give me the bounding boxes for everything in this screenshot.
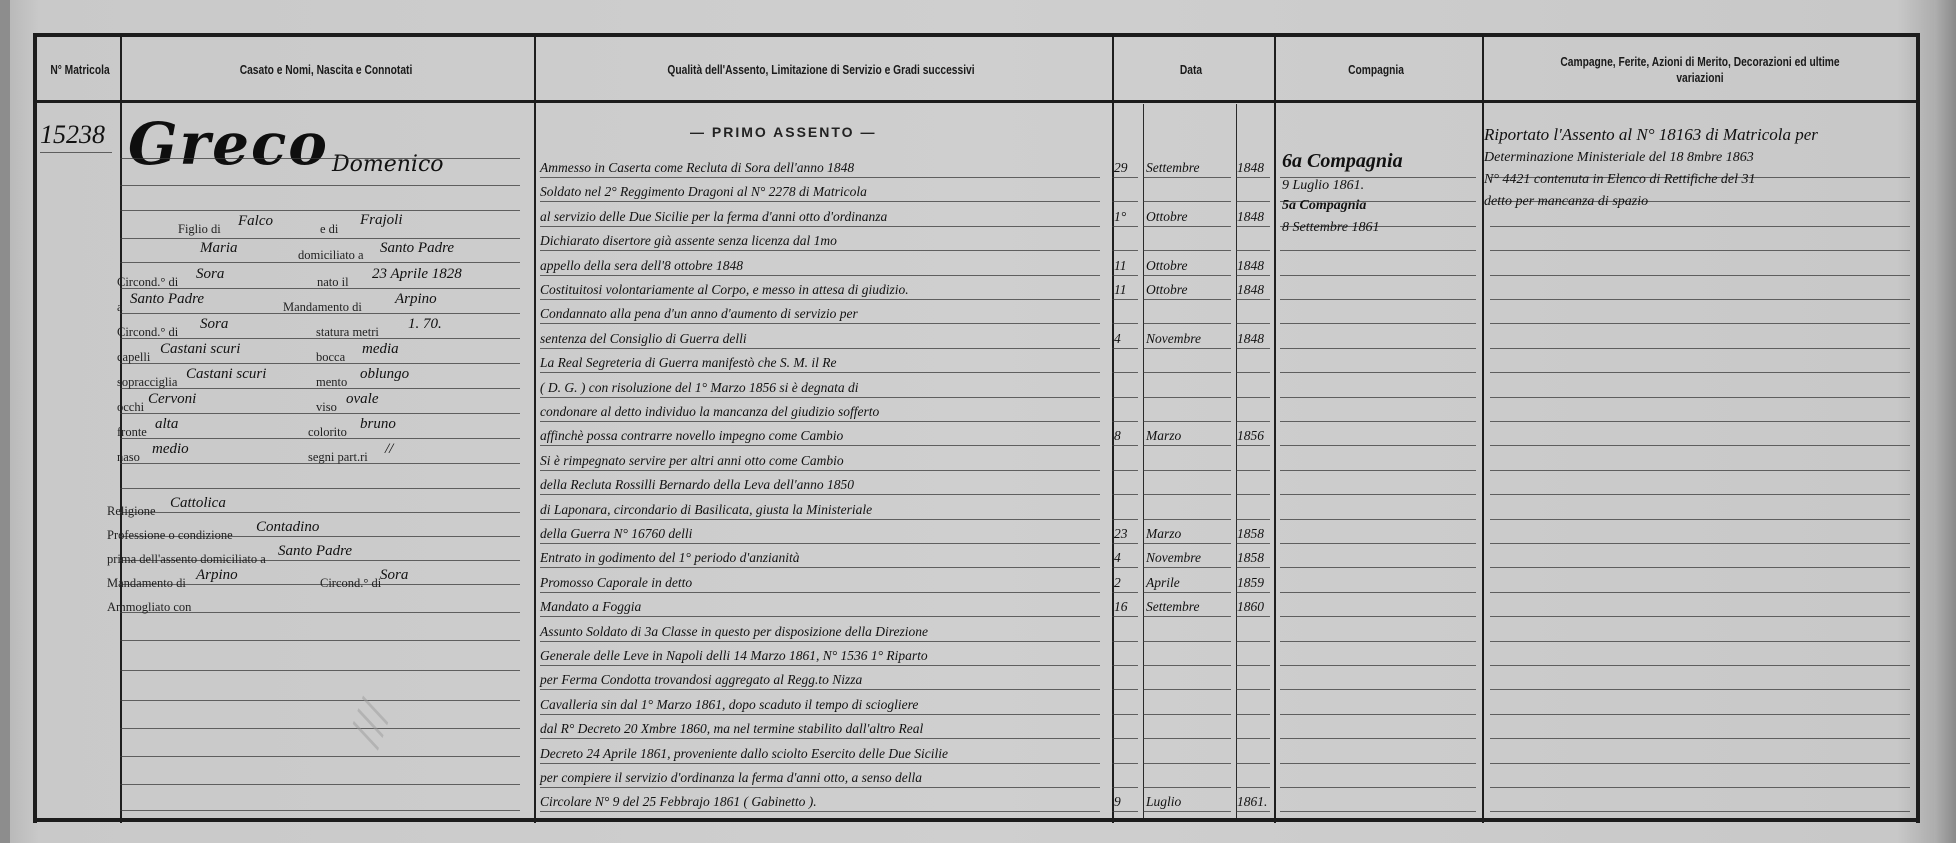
rule — [1490, 445, 1910, 446]
value-circond: Sora — [200, 316, 228, 333]
date-month: Aprile — [1146, 575, 1180, 591]
rule — [1143, 763, 1231, 764]
qualita-line: Generale delle Leve in Napoli delli 14 M… — [540, 648, 928, 664]
rule — [1112, 421, 1138, 422]
rule — [1112, 226, 1138, 227]
rule — [1236, 494, 1270, 495]
value-circond: Sora — [196, 266, 224, 283]
rule — [120, 640, 520, 641]
date-day: 11 — [1114, 258, 1127, 274]
value-sopracciglia: Castani scuri — [186, 366, 266, 383]
rule — [540, 372, 1100, 373]
rule — [1490, 323, 1910, 324]
value-a: Santo Padre — [130, 291, 204, 308]
rule — [120, 784, 520, 785]
rule — [1112, 201, 1138, 202]
rule — [1280, 689, 1476, 690]
rule — [1112, 592, 1138, 593]
rule — [1143, 543, 1231, 544]
header-matricola: N° Matricola — [47, 37, 113, 102]
rule — [540, 348, 1100, 349]
qualita-line: della Guerra N° 16760 delli — [540, 526, 692, 542]
rule — [540, 787, 1100, 788]
label-circond: Circond.° di — [117, 325, 178, 340]
qualita-line: Condannato alla pena d'un anno d'aumento… — [540, 306, 858, 322]
date-month: Ottobre — [1146, 282, 1188, 298]
rule — [1236, 738, 1270, 739]
rule — [540, 177, 1100, 178]
rule — [1490, 763, 1910, 764]
qualita-line: per compiere il servizio d'ordinanza la … — [540, 770, 922, 786]
rule — [1236, 201, 1270, 202]
rule — [1143, 519, 1231, 520]
label-nato: nato il — [317, 275, 349, 290]
rule — [1280, 470, 1476, 471]
rule — [1280, 445, 1476, 446]
rule — [1280, 519, 1476, 520]
date-day: 4 — [1114, 331, 1121, 347]
header-qualita: Qualità dell'Assento, Limitazione di Ser… — [584, 37, 1058, 102]
rule — [1236, 421, 1270, 422]
rule — [540, 641, 1100, 642]
rule — [540, 494, 1100, 495]
date-month: Ottobre — [1146, 209, 1188, 225]
label-professione: Professione o condizione — [107, 528, 233, 543]
header-data: Data — [1125, 37, 1258, 102]
value-fronte: alta — [155, 416, 178, 433]
compagnia-line: 8 Settembre 1861 — [1282, 220, 1379, 236]
date-day: 16 — [1114, 599, 1128, 615]
date-year: 1848 — [1237, 160, 1264, 176]
rule — [1280, 348, 1476, 349]
rule — [1490, 250, 1910, 251]
qualita-line: La Real Segreteria di Guerra manifestò c… — [540, 355, 836, 371]
label-occhi: occhi — [117, 400, 144, 415]
rule — [1143, 616, 1231, 617]
date-year: 1856 — [1237, 428, 1264, 444]
header-campagne: Campagne, Ferite, Azioni di Merito, Deco… — [1520, 37, 1881, 102]
campagne-line: detto per mancanza di spazio — [1484, 194, 1648, 210]
date-month: Settembre — [1146, 599, 1199, 615]
rule — [1236, 177, 1270, 178]
qualita-line: Costituitosi volontariamente al Corpo, e… — [540, 282, 909, 298]
rule — [1112, 372, 1138, 373]
rule — [1490, 714, 1910, 715]
campagne-line: Riportato l'Assento al N° 18163 di Matri… — [1484, 125, 1818, 145]
label-religione: Religione — [107, 504, 156, 519]
rule — [1112, 567, 1138, 568]
rule — [540, 616, 1100, 617]
rule — [1143, 372, 1231, 373]
qualita-line: Mandato a Foggia — [540, 599, 641, 615]
rule — [1112, 397, 1138, 398]
register-page: N° Matricola Casato e Nomi, Nascita e Co… — [0, 0, 1956, 843]
qualita-line: Entrato in godimento del 1° periodo d'an… — [540, 550, 800, 566]
date-month: Novembre — [1146, 550, 1201, 566]
rule — [1143, 714, 1231, 715]
rule — [1236, 323, 1270, 324]
rule — [1280, 811, 1476, 812]
date-day: 29 — [1114, 160, 1128, 176]
rule — [1143, 323, 1231, 324]
rule — [120, 728, 520, 729]
rule — [1143, 787, 1231, 788]
rule — [1490, 567, 1910, 568]
rule — [1236, 689, 1270, 690]
qualita-line: appello della sera dell'8 ottobre 1848 — [540, 258, 743, 274]
rule — [540, 397, 1100, 398]
qualita-line: Dichiarato disertore già assente senza l… — [540, 233, 837, 249]
qualita-line: condonare al detto individuo la mancanza… — [540, 404, 879, 420]
date-year: 1848 — [1237, 258, 1264, 274]
compagnia-line: 6a Compagnia — [1282, 150, 1403, 173]
date-day: 2 — [1114, 575, 1121, 591]
date-year: 1861. — [1237, 794, 1267, 810]
rule — [1490, 811, 1910, 812]
rule — [1112, 177, 1138, 178]
rule — [1112, 714, 1138, 715]
qualita-line: al servizio delle Due Sicilie per la fer… — [540, 209, 887, 225]
rule — [1112, 616, 1138, 617]
rule — [1280, 616, 1476, 617]
label-naso: naso — [117, 450, 140, 465]
rule — [1112, 665, 1138, 666]
rule — [120, 210, 520, 211]
rule — [1236, 250, 1270, 251]
rule — [120, 488, 520, 489]
rule — [1143, 738, 1231, 739]
value-statura: 1. 70. — [408, 316, 442, 333]
date-month: Marzo — [1146, 526, 1181, 542]
rule — [1490, 494, 1910, 495]
rule — [540, 250, 1100, 251]
rule — [1112, 543, 1138, 544]
label-a: a — [117, 300, 123, 315]
date-month: Settembre — [1146, 160, 1199, 176]
value-religione: Cattolica — [170, 495, 226, 512]
qualita-line: ( D. G. ) con risoluzione del 1° Marzo 1… — [540, 380, 859, 396]
rule — [1112, 689, 1138, 690]
date-month: Luglio — [1146, 794, 1181, 810]
rule — [1143, 689, 1231, 690]
rule — [1143, 397, 1231, 398]
qualita-line: Decreto 24 Aprile 1861, proveniente dall… — [540, 746, 948, 762]
qualita-line: dal R° Decreto 20 Xmbre 1860, ma nel ter… — [540, 721, 923, 737]
rule — [1112, 323, 1138, 324]
rule — [1280, 567, 1476, 568]
rule — [540, 226, 1100, 227]
rule — [540, 445, 1100, 446]
rule — [1490, 397, 1910, 398]
rule — [1490, 543, 1910, 544]
rule — [1490, 665, 1910, 666]
rule — [1236, 787, 1270, 788]
compagnia-line: 9 Luglio 1861. — [1282, 178, 1364, 194]
rule — [1490, 738, 1910, 739]
rule — [1236, 567, 1270, 568]
rule — [1112, 299, 1138, 300]
date-year: 1848 — [1237, 282, 1264, 298]
rule — [1490, 275, 1910, 276]
rule — [540, 811, 1100, 812]
date-year: 1859 — [1237, 575, 1264, 591]
label-segni: segni part.ri — [308, 450, 368, 465]
date-day: 11 — [1114, 282, 1127, 298]
date-month: Marzo — [1146, 428, 1181, 444]
label-statura: statura metri — [316, 325, 379, 340]
date-year: 1858 — [1237, 526, 1264, 542]
value-circond: Sora — [380, 567, 408, 584]
rule — [1490, 421, 1910, 422]
date-year: 1858 — [1237, 550, 1264, 566]
rule — [1490, 787, 1910, 788]
rule — [1236, 226, 1270, 227]
rule — [1143, 275, 1231, 276]
rule — [1143, 177, 1231, 178]
rule — [1490, 372, 1910, 373]
label-figlio-di: Figlio di — [178, 222, 221, 237]
value-capelli: Castani scuri — [160, 341, 240, 358]
rule — [540, 470, 1100, 471]
rule — [1236, 641, 1270, 642]
bottom-divider — [37, 818, 1917, 822]
rule — [1280, 592, 1476, 593]
rule — [1490, 592, 1910, 593]
rule — [1490, 641, 1910, 642]
label-circond: Circond.° di — [320, 576, 381, 591]
qualita-line: affinchè possa contrarre novello impegno… — [540, 428, 843, 444]
surname: Greco — [128, 110, 329, 178]
rule — [1112, 275, 1138, 276]
rule — [120, 756, 520, 757]
rule — [1236, 665, 1270, 666]
rule — [1280, 421, 1476, 422]
rule — [1280, 714, 1476, 715]
label-capelli: capelli — [117, 350, 150, 365]
rule — [1143, 250, 1231, 251]
rule — [1280, 397, 1476, 398]
rule — [1143, 592, 1231, 593]
header-compagnia: Compagnia — [1291, 37, 1462, 102]
label-e-di: e di — [320, 222, 338, 237]
rule — [1143, 567, 1231, 568]
label-colorito: colorito — [308, 425, 347, 440]
value-segni: // — [385, 441, 393, 458]
rule — [540, 275, 1100, 276]
rule — [1280, 299, 1476, 300]
rule — [1490, 348, 1910, 349]
rule — [1112, 470, 1138, 471]
label-prima-domicilio: prima dell'assento domiciliato a — [107, 552, 266, 567]
qualita-line: Cavalleria sin dal 1° Marzo 1861, dopo s… — [540, 697, 918, 713]
date-year: 1848 — [1237, 209, 1264, 225]
rule — [1143, 201, 1231, 202]
rule — [1280, 665, 1476, 666]
rule — [120, 512, 520, 513]
compagnia-line: 5a Compagnia — [1282, 198, 1366, 214]
rule — [1490, 519, 1910, 520]
rule — [1236, 763, 1270, 764]
rule — [1112, 763, 1138, 764]
rule — [540, 689, 1100, 690]
label-circond: Circond.° di — [117, 275, 178, 290]
rule — [1280, 738, 1476, 739]
rule — [1280, 787, 1476, 788]
rule — [1280, 275, 1476, 276]
qualita-line: della Recluta Rossilli Bernardo della Le… — [540, 477, 854, 493]
value-madre-nome: Maria — [200, 240, 238, 257]
value-viso: ovale — [346, 391, 378, 408]
rule — [1112, 787, 1138, 788]
rule — [1143, 641, 1231, 642]
rule — [1112, 641, 1138, 642]
rule — [1490, 226, 1910, 227]
rule — [540, 543, 1100, 544]
header-casato: Casato e Nomi, Nascita e Connotati — [157, 37, 495, 102]
rule — [120, 700, 520, 701]
rule — [540, 519, 1100, 520]
rule — [1143, 665, 1231, 666]
rule — [1236, 592, 1270, 593]
qualita-line: Circolare N° 9 del 25 Febbrajo 1861 ( Ga… — [540, 794, 817, 810]
campagne-line: N° 4421 contenuta in Elenco di Rettifich… — [1484, 172, 1756, 188]
rule — [1236, 397, 1270, 398]
qualita-line: per Ferma Condotta trovandosi aggregato … — [540, 672, 862, 688]
rule — [120, 158, 520, 159]
value-mandamento: Arpino — [395, 291, 437, 308]
label-mento: mento — [316, 375, 347, 390]
rule — [1236, 519, 1270, 520]
rule — [1112, 250, 1138, 251]
rule — [1112, 494, 1138, 495]
label-sopracciglia: sopracciglia — [117, 375, 177, 390]
rule — [540, 567, 1100, 568]
rule — [1280, 323, 1476, 324]
rule — [1143, 226, 1231, 227]
qualita-line: Promosso Caporale in detto — [540, 575, 692, 591]
rule — [1236, 811, 1270, 812]
rule — [1236, 275, 1270, 276]
given-name: Domenico — [332, 152, 444, 177]
date-day: 8 — [1114, 428, 1121, 444]
rule — [1112, 348, 1138, 349]
rule — [1236, 299, 1270, 300]
rule — [540, 714, 1100, 715]
qualita-line: sentenza del Consiglio di Guerra delli — [540, 331, 747, 347]
label-fronte: fronte — [117, 425, 147, 440]
label-ammogliato: Ammogliato con — [107, 600, 191, 615]
rule — [1143, 494, 1231, 495]
rule — [540, 665, 1100, 666]
value-nato: 23 Aprile 1828 — [372, 266, 462, 283]
qualita-line: Assunto Soldato di 3a Classe in questo p… — [540, 624, 928, 640]
rule — [120, 185, 520, 186]
rule — [1236, 372, 1270, 373]
rule — [1112, 445, 1138, 446]
rule — [1143, 811, 1231, 812]
date-year: 1860 — [1237, 599, 1264, 615]
binding-right-edge — [1934, 0, 1956, 843]
label-mandamento: Mandamento di — [283, 300, 362, 315]
rule — [120, 238, 520, 239]
rule — [1143, 421, 1231, 422]
rule — [1143, 299, 1231, 300]
rule — [1143, 445, 1231, 446]
label-mandamento: Mandamento di — [107, 576, 186, 591]
qualita-line: Si è rimpegnato servire per altri anni o… — [540, 453, 844, 469]
rule — [1490, 470, 1910, 471]
rule — [1490, 616, 1910, 617]
label-bocca: bocca — [316, 350, 345, 365]
qualita-line: Ammesso in Caserta come Recluta di Sora … — [540, 160, 854, 176]
rule — [540, 592, 1100, 593]
rule — [40, 152, 112, 153]
rule — [1236, 714, 1270, 715]
value-figlio-di: Falco — [238, 213, 273, 230]
qualita-line: Soldato nel 2° Reggimento Dragoni al N° … — [540, 184, 867, 200]
rule — [1236, 348, 1270, 349]
value-professione: Contadino — [256, 519, 319, 536]
rule — [1143, 348, 1231, 349]
label-domiciliato: domiciliato a — [298, 248, 364, 263]
qualita-line: di Laponara, circondario di Basilicata, … — [540, 502, 872, 518]
rule — [540, 201, 1100, 202]
label-viso: viso — [316, 400, 337, 415]
rule — [540, 421, 1100, 422]
rule — [540, 323, 1100, 324]
rule — [1280, 543, 1476, 544]
rule — [1280, 763, 1476, 764]
rule — [1236, 616, 1270, 617]
rule — [540, 299, 1100, 300]
rule — [1490, 299, 1910, 300]
campagne-line: Determinazione Ministeriale del 18 8mbre… — [1484, 150, 1754, 166]
value-e-di: Frajoli — [360, 212, 403, 229]
matricola-number: 15238 — [40, 120, 105, 150]
date-month: Novembre — [1146, 331, 1201, 347]
rule — [120, 810, 520, 811]
value-occhi: Cervoni — [148, 391, 196, 408]
rule — [540, 763, 1100, 764]
value-domiciliato: Santo Padre — [380, 240, 454, 257]
rule — [540, 738, 1100, 739]
rule — [1236, 543, 1270, 544]
value-mento: oblungo — [360, 366, 409, 383]
rule — [1112, 519, 1138, 520]
date-year: 1848 — [1237, 331, 1264, 347]
binding-left-edge — [0, 0, 10, 843]
value-bocca: media — [362, 341, 399, 358]
rule — [1280, 641, 1476, 642]
value-mandamento: Arpino — [196, 567, 238, 584]
rule — [1112, 811, 1138, 812]
rule — [1236, 470, 1270, 471]
rule — [120, 670, 520, 671]
date-day: 9 — [1114, 794, 1121, 810]
primo-assento-heading: — PRIMO ASSENTO — — [690, 124, 876, 140]
value-colorito: bruno — [360, 416, 396, 433]
rule — [1112, 738, 1138, 739]
value-prima-domicilio: Santo Padre — [278, 543, 352, 560]
rule — [1490, 689, 1910, 690]
date-day: 1° — [1114, 209, 1126, 225]
rule — [1280, 372, 1476, 373]
value-naso: medio — [152, 441, 189, 458]
date-day: 4 — [1114, 550, 1121, 566]
rule — [1280, 494, 1476, 495]
date-day: 23 — [1114, 526, 1128, 542]
rule — [1236, 445, 1270, 446]
